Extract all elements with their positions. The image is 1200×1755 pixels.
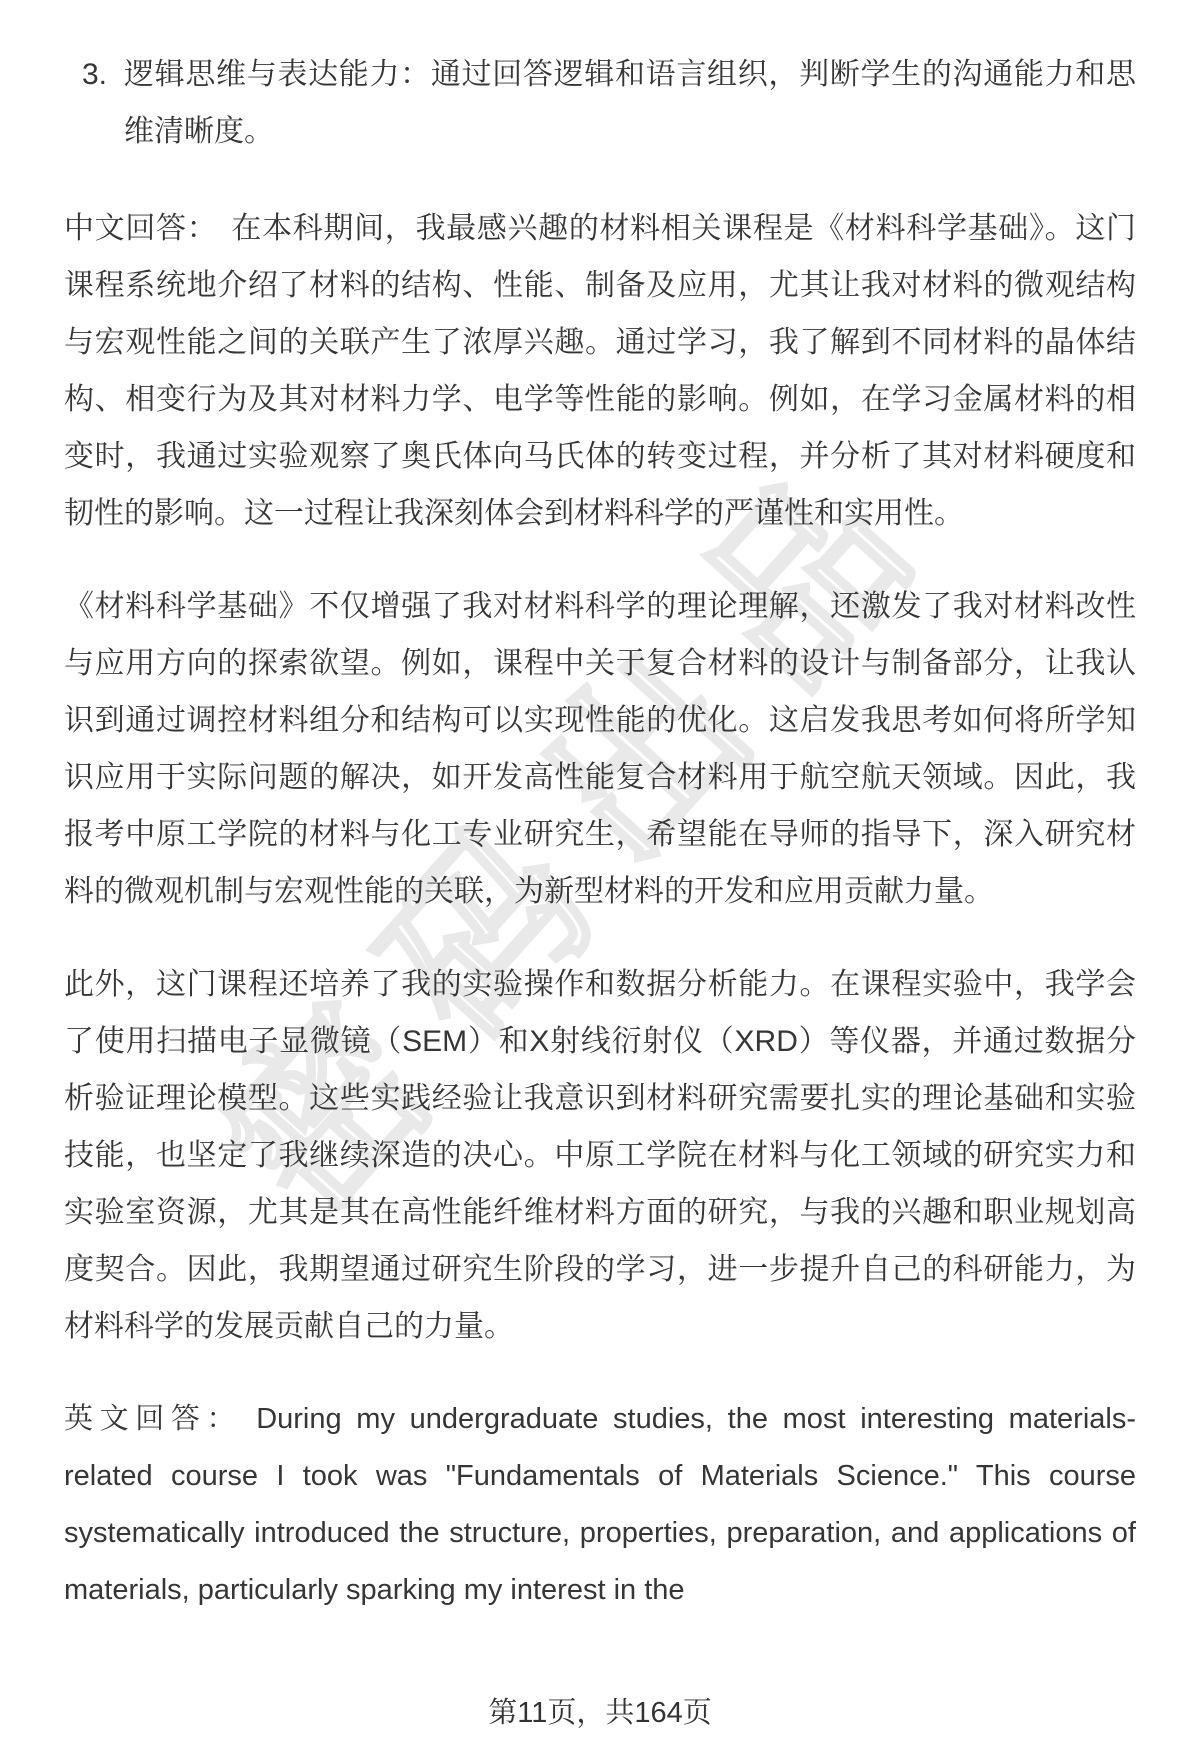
english-answer-label: 英文回答： <box>64 1403 242 1435</box>
paragraph-chinese-answer-1: 中文回答：在本科期间，我最感兴趣的材料相关课程是《材料科学基础》。这门课程系统地… <box>64 200 1136 542</box>
document-page: 密码出品 3. 逻辑思维与表达能力：通过回答逻辑和语言组织，判断学生的沟通能力和… <box>0 0 1200 1755</box>
paragraph-chinese-answer-3: 此外，这门课程还培养了我的实验操作和数据分析能力。在课程实验中，我学会了使用扫描… <box>64 956 1136 1355</box>
document-body: 3. 逻辑思维与表达能力：通过回答逻辑和语言组织，判断学生的沟通能力和思维清晰度… <box>0 0 1200 1619</box>
numbered-list-item-3: 3. 逻辑思维与表达能力：通过回答逻辑和语言组织，判断学生的沟通能力和思维清晰度… <box>64 46 1136 160</box>
paragraph-english-answer: 英文回答：During my undergraduate studies, th… <box>64 1391 1136 1619</box>
chinese-answer-label: 中文回答： <box>64 212 217 245</box>
chinese-answer-text-1: 在本科期间，我最感兴趣的材料相关课程是《材料科学基础》。这门课程系统地介绍了材料… <box>64 212 1136 530</box>
list-item-number: 3. <box>82 46 124 160</box>
paragraph-chinese-answer-2: 《材料科学基础》不仅增强了我对材料科学的理论理解，还激发了我对材料改性与应用方向… <box>64 578 1136 920</box>
list-item-text: 逻辑思维与表达能力：通过回答逻辑和语言组织，判断学生的沟通能力和思维清晰度。 <box>124 46 1136 160</box>
chinese-answer-text-3: 此外，这门课程还培养了我的实验操作和数据分析能力。在课程实验中，我学会了使用扫描… <box>64 968 1136 1343</box>
chinese-answer-text-2: 《材料科学基础》不仅增强了我对材料科学的理论理解，还激发了我对材料改性与应用方向… <box>64 590 1136 908</box>
page-footer: 第11页，共164页 <box>0 1690 1200 1731</box>
